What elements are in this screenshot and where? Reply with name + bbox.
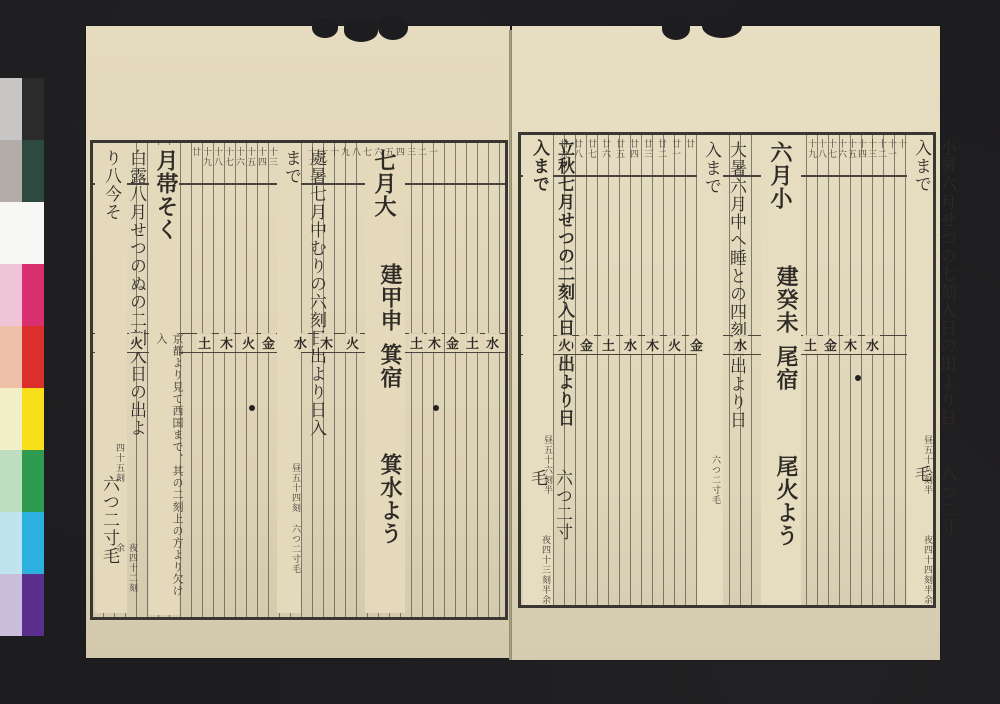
day-number: 廿六 (599, 139, 612, 165)
day-element-label: 土 (197, 333, 212, 352)
color-swatch (0, 512, 22, 574)
day-element-label: 水 (293, 333, 308, 352)
day-element-label: 木 (843, 335, 858, 354)
left-side-note-night: 夜四十二刻 余 (113, 543, 139, 613)
right-calendar-grid: 立秋七月せつの二刻入日の出より日入まで 昼五十六刻半 六つ二寸毛 夜四十三刻半余… (518, 132, 936, 608)
color-swatch-row (0, 574, 44, 636)
day-number: 廿二 (655, 139, 668, 165)
eclipse-title: 月帯そく (151, 149, 182, 269)
day-number: 廿四 (627, 139, 640, 165)
day-number: 廿 (683, 139, 696, 165)
left-page: 白露八月せつのぬの二刻入日の出より八今そ 四十五刻 六つ二寸毛 夜四十二刻 余 … (86, 26, 510, 658)
color-swatch (22, 326, 44, 388)
color-swatch (0, 326, 22, 388)
day-element-label: 火 (241, 333, 256, 352)
day-element-label: 木 (319, 333, 334, 352)
color-swatch-row (0, 78, 44, 140)
day-number: 十 (895, 139, 908, 165)
day-element-label: 金 (689, 335, 704, 354)
color-calibration-chart (0, 78, 44, 638)
day-element-label: 金 (445, 333, 460, 352)
day-element-label: 金 (579, 335, 594, 354)
color-swatch (0, 388, 22, 450)
day-element-label: 金 (261, 333, 276, 352)
color-swatch (0, 202, 22, 264)
day-number: 一 (426, 147, 439, 173)
color-swatch-row (0, 512, 44, 574)
color-swatch (22, 264, 44, 326)
color-swatch (22, 512, 44, 574)
far-right-note-hours: 六つ二寸毛 (909, 465, 959, 545)
far-right-note: 小暑六月せつの七刻入日の出より日入まで (909, 139, 959, 429)
left-solar-term: 處暑七月中むりの六刻日出より日入まで (279, 149, 329, 449)
color-swatch (0, 574, 22, 636)
day-element-label: 木 (427, 333, 442, 352)
day-element-label: 水 (623, 335, 638, 354)
right-page: 立秋七月せつの二刻入日の出より日入まで 昼五十六刻半 六つ二寸毛 夜四十三刻半余… (512, 26, 940, 660)
day-element-label: 木 (219, 333, 234, 352)
right-solar-term-small: 六つ二寸毛 (709, 455, 722, 605)
color-swatch-row (0, 264, 44, 326)
day-element-label: 水 (865, 335, 880, 354)
color-swatch-row (0, 202, 44, 264)
color-swatch-row (0, 450, 44, 512)
day-element-label: 火 (557, 335, 572, 354)
color-swatch (0, 140, 22, 202)
day-number: 廿七 (585, 139, 598, 165)
day-number: 廿八 (571, 139, 584, 165)
day-element-label: 土 (465, 333, 480, 352)
left-side-note: 白露八月せつのぬの二刻入日の出より八今そ (99, 149, 149, 439)
color-swatch (22, 78, 44, 140)
day-element-label: 火 (667, 335, 682, 354)
color-swatch-row (0, 140, 44, 202)
color-swatch (22, 450, 44, 512)
right-side-note-night: 夜四十三刻半余 (539, 535, 552, 605)
day-element-label: 水 (733, 335, 748, 354)
color-swatch (22, 388, 44, 450)
day-number: 廿五 (613, 139, 626, 165)
day-number: 廿三 (641, 139, 654, 165)
color-swatch (0, 78, 22, 140)
right-solar-term: 大暑六月中へ睡との四刻日出より日入まで (699, 141, 749, 441)
color-swatch (22, 202, 44, 264)
color-swatch (22, 140, 44, 202)
right-month-mansion: 尾宿 (771, 345, 802, 405)
color-swatch (0, 264, 22, 326)
right-month-element: 尾火よう (771, 455, 802, 575)
day-element-label: 火 (129, 333, 144, 352)
right-month-title: 六月小 (765, 141, 796, 221)
day-number: 廿九 (557, 139, 570, 165)
color-swatch-row (0, 326, 44, 388)
day-element-label: 火 (345, 333, 360, 352)
color-swatch-row (0, 388, 44, 450)
day-element-label: 金 (823, 335, 838, 354)
eclipse-description: 京都より見て西国まで、其の二刻上の方より欠け入 (153, 333, 185, 603)
left-month-stem: 建甲申 (375, 263, 406, 343)
day-element-label: 土 (601, 335, 616, 354)
far-right-note-night: 夜四十四刻半余 (921, 535, 934, 605)
left-month-element: 箕水よう (375, 453, 406, 573)
day-element-label: 土 (409, 333, 424, 352)
right-month-stem: 建癸未 (771, 265, 802, 345)
left-calendar-grid: 白露八月せつのぬの二刻入日の出より八今そ 四十五刻 六つ二寸毛 夜四十二刻 余 … (90, 140, 508, 620)
color-swatch (22, 574, 44, 636)
color-swatch (0, 450, 22, 512)
day-element-label: 水 (485, 333, 500, 352)
day-element-label: 木 (645, 335, 660, 354)
right-side-note: 立秋七月せつの二刻入日の出より日入まで (527, 139, 577, 439)
day-number: 十三 (266, 147, 279, 173)
left-solar-term-small: 昼五十四刻 六つ二寸毛 (289, 463, 302, 613)
left-month-mansion: 箕宿 (375, 343, 406, 403)
day-number: 廿一 (669, 139, 682, 165)
day-element-label: 土 (803, 335, 818, 354)
